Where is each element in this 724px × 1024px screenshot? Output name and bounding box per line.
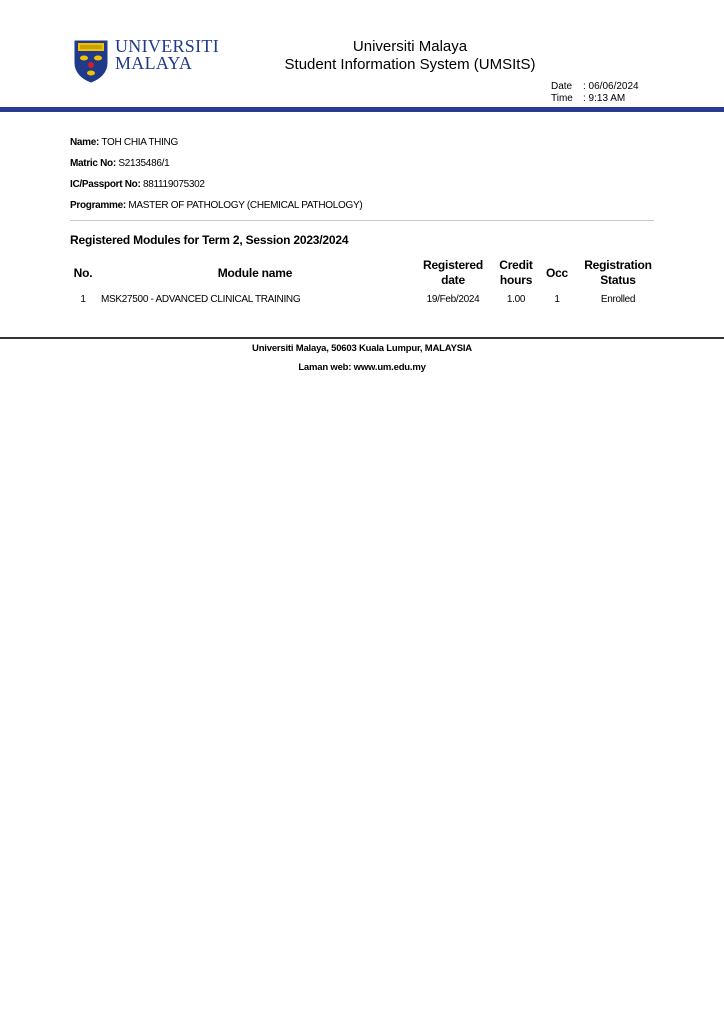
title-line2: Student Information System (UMSItS) xyxy=(250,56,570,74)
col-occ: Occ xyxy=(536,258,578,288)
matric-value: S2135486/1 xyxy=(118,158,169,169)
table-header: No. Module name Registereddate Credithou… xyxy=(66,258,658,288)
ic-value: 881119075302 xyxy=(143,179,205,190)
ic-label: IC/Passport No: xyxy=(70,179,141,190)
student-info: Name: TOH CHIA THING Matric No: S2135486… xyxy=(70,137,362,221)
modules-table: No. Module name Registereddate Credithou… xyxy=(66,258,658,306)
row-status: Enrolled xyxy=(578,288,658,306)
logo-text-line2: MALAYA xyxy=(115,55,219,72)
title-line1: Universiti Malaya xyxy=(250,38,570,56)
row-credit-hours: 1.00 xyxy=(496,288,536,306)
name-label: Name: xyxy=(70,137,99,148)
document-title: Universiti Malaya Student Information Sy… xyxy=(250,38,570,74)
footer-website: Laman web: www.um.edu.my xyxy=(0,362,724,373)
row-no: 1 xyxy=(66,288,100,306)
matric-label: Matric No: xyxy=(70,158,116,169)
footer-rule xyxy=(0,337,724,339)
col-credit-hours: Credithours xyxy=(496,258,536,288)
col-module-name: Module name xyxy=(100,258,410,288)
col-no: No. xyxy=(66,258,100,288)
col-registered-date: Registereddate xyxy=(410,258,496,288)
footer-address: Universiti Malaya, 50603 Kuala Lumpur, M… xyxy=(0,343,724,354)
university-logo: UNIVERSITI MALAYA xyxy=(73,39,219,83)
section-divider xyxy=(70,220,654,221)
time-label: Time xyxy=(551,93,583,105)
print-datetime: Date: 06/06/2024 Time: 9:13 AM xyxy=(551,81,639,105)
programme-label: Programme: xyxy=(70,200,126,211)
header-rule xyxy=(0,107,724,112)
date-value: : 06/06/2024 xyxy=(583,81,639,93)
time-value: : 9:13 AM xyxy=(583,93,625,105)
modules-title: Registered Modules for Term 2, Session 2… xyxy=(70,233,348,247)
name-value: TOH CHIA THING xyxy=(101,137,178,148)
date-label: Date xyxy=(551,81,583,93)
row-module-name: MSK27500 - ADVANCED CLINICAL TRAINING xyxy=(100,288,410,306)
crest-icon xyxy=(73,39,109,83)
row-registered-date: 19/Feb/2024 xyxy=(410,288,496,306)
programme-value: MASTER OF PATHOLOGY (CHEMICAL PATHOLOGY) xyxy=(128,200,362,211)
row-occ: 1 xyxy=(536,288,578,306)
table-row: 1 MSK27500 - ADVANCED CLINICAL TRAINING … xyxy=(66,288,658,306)
col-registration-status: RegistrationStatus xyxy=(578,258,658,288)
